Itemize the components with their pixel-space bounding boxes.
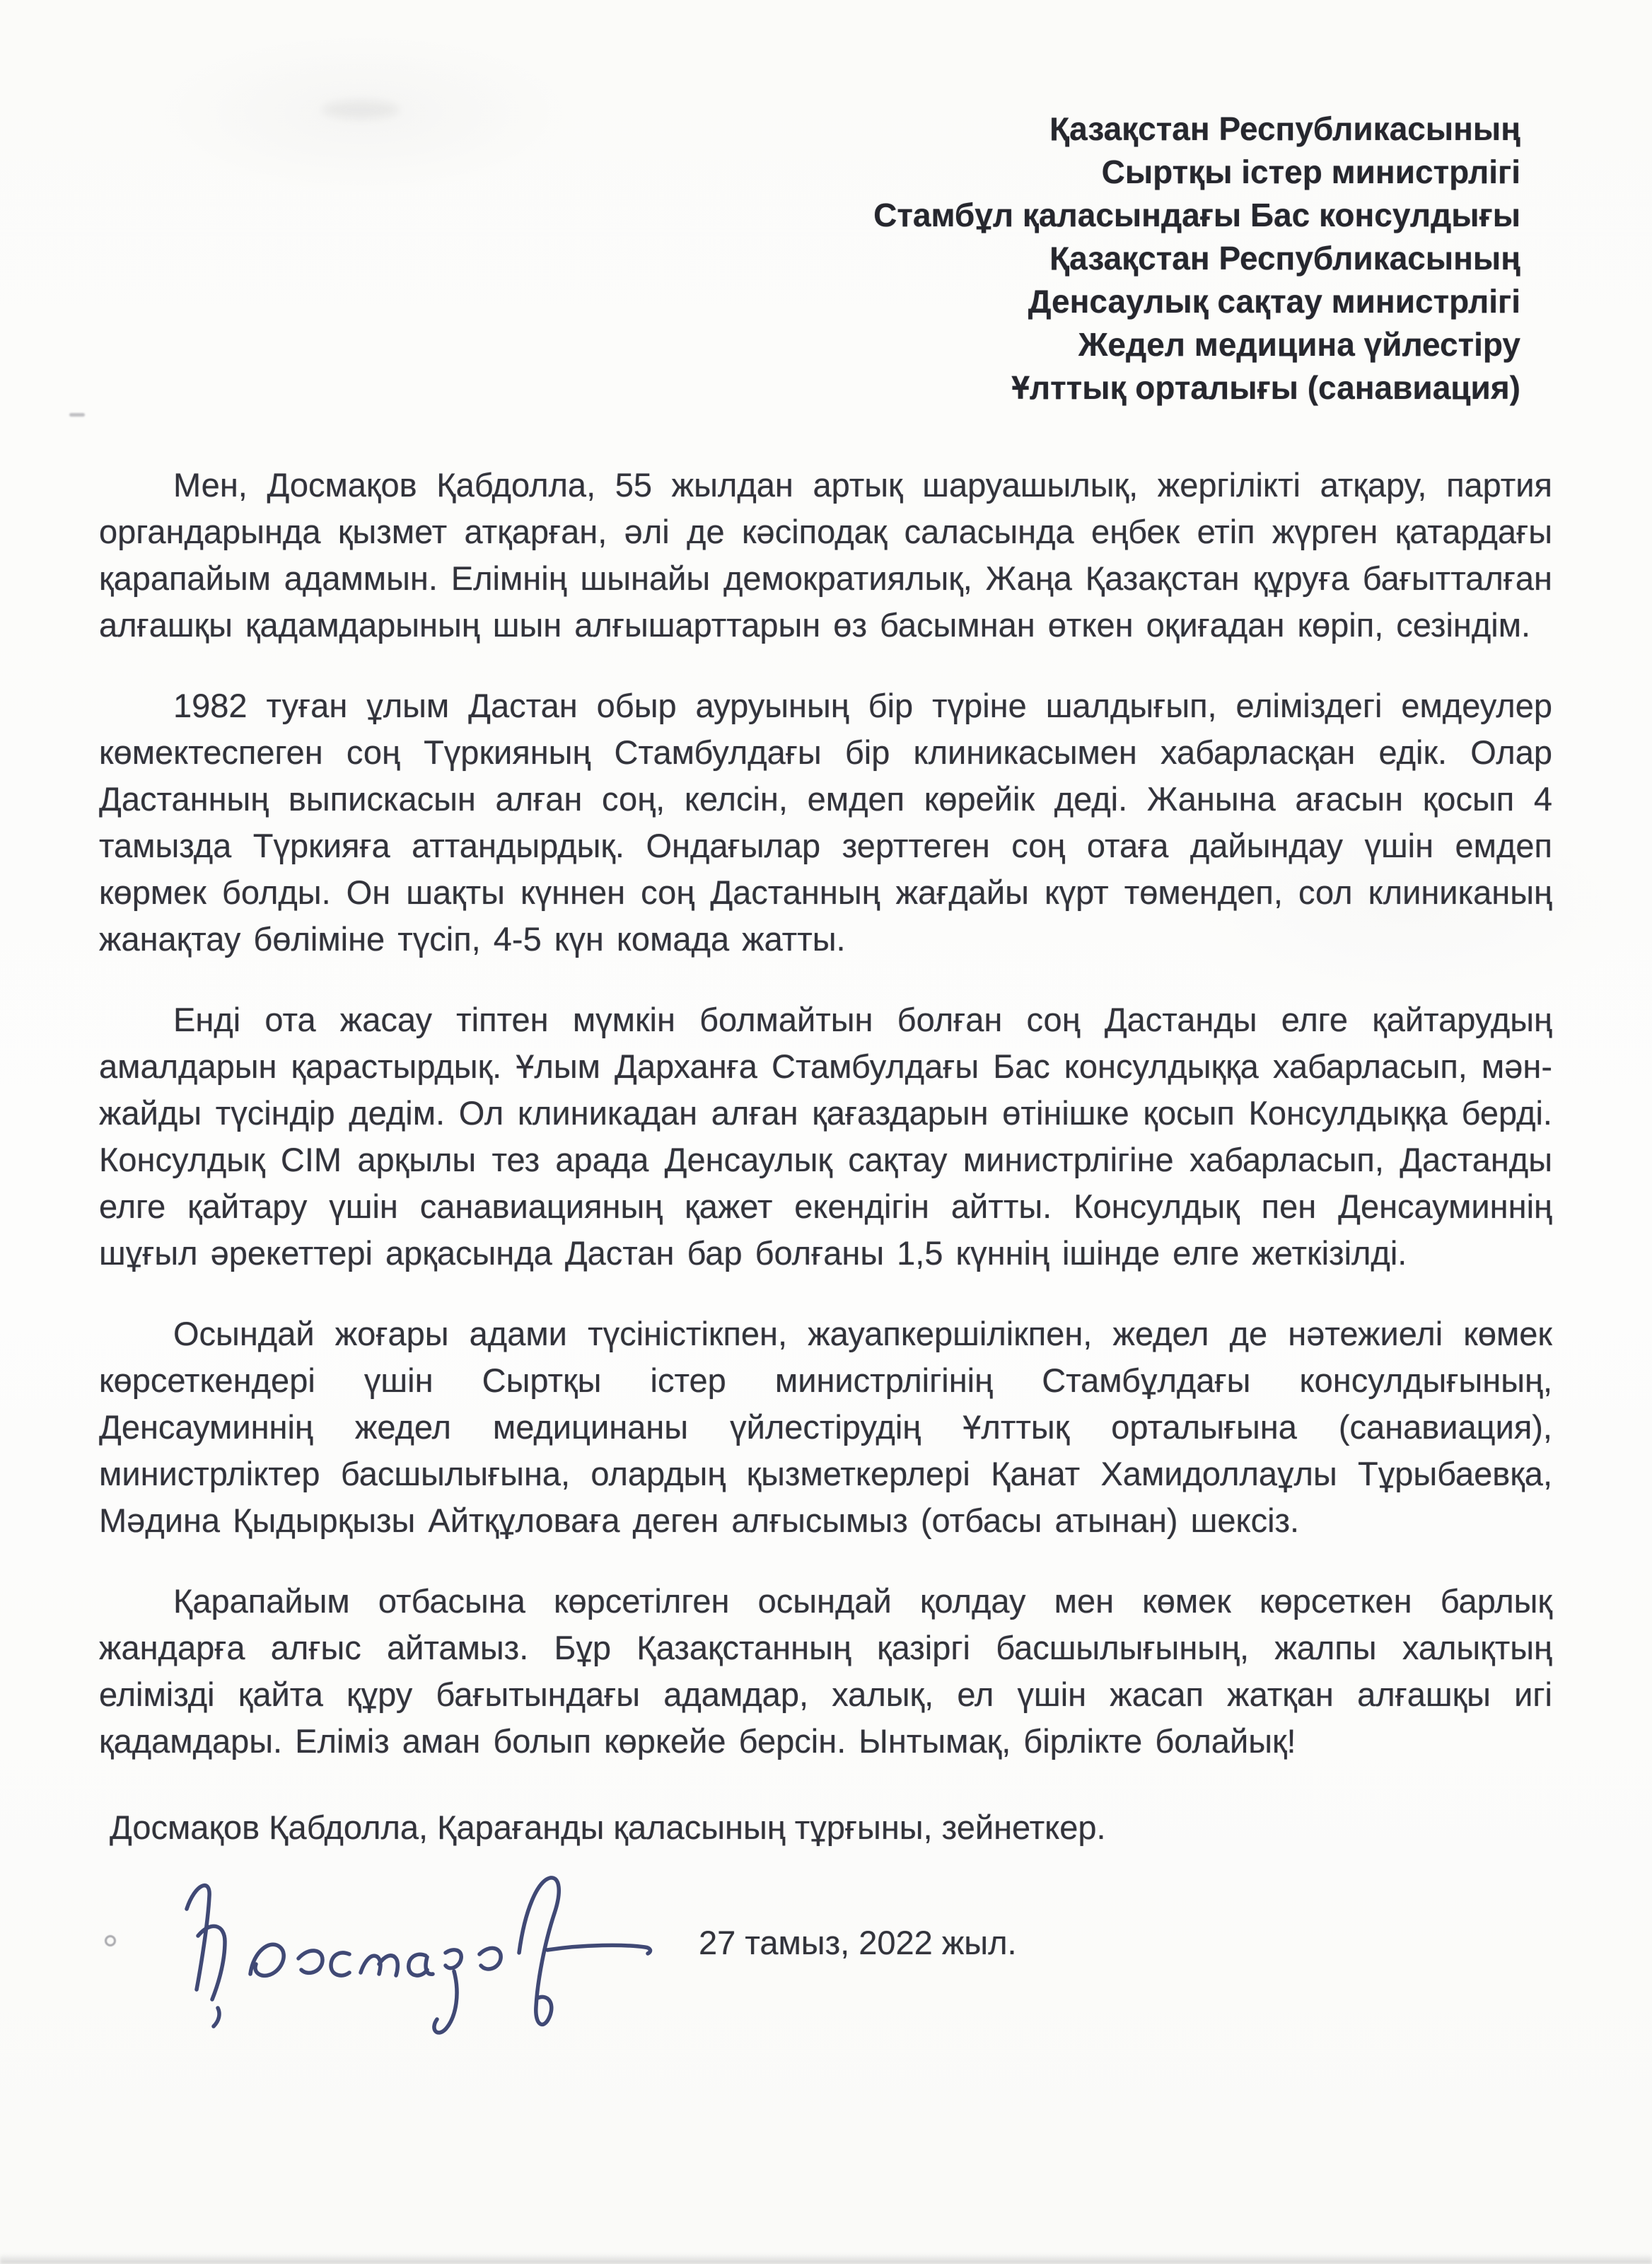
date-text: 27 тамыз, 2022 жыл.	[699, 1923, 1017, 1962]
scanned-letter-page: Қазақстан Республикасының Сыртқы істер м…	[0, 0, 1652, 2264]
signoff-line: Досмақов Қабдолла, Қарағанды қаласының т…	[110, 1806, 1552, 1850]
scan-artifact	[0, 2254, 1652, 2264]
letter-body: Мен, Досмақов Қабдолла, 55 жылдан артық …	[99, 462, 1552, 1765]
letterhead-line: Денсаулық сақтау министрлігі	[99, 280, 1520, 323]
letterhead-line: Жедел медицина үйлестіру	[99, 323, 1520, 366]
body-paragraph: Мен, Досмақов Қабдолла, 55 жылдан артық …	[99, 462, 1552, 649]
handwritten-signature	[160, 1868, 655, 2052]
letterhead: Қазақстан Республикасының Сыртқы істер м…	[99, 108, 1552, 410]
letterhead-line: Қазақстан Республикасының	[99, 108, 1520, 151]
letterhead-line: Сыртқы істер министрлігі	[99, 151, 1520, 194]
signature-block: 27 тамыз, 2022 жыл.	[160, 1868, 1552, 2066]
letterhead-line: Стамбұл қаласындағы Бас консулдығы	[99, 194, 1520, 237]
body-paragraph: Енді ота жасау тіптен мүмкін болмайтын б…	[99, 997, 1552, 1277]
scan-artifact	[105, 1935, 116, 1946]
body-paragraph: Осындай жоғары адами түсіністікпен, жауа…	[99, 1311, 1552, 1544]
body-paragraph: 1982 туған ұлым Дастан обыр ауруының бір…	[99, 683, 1552, 963]
letterhead-line: Ұлттық орталығы (санавиация)	[99, 366, 1520, 410]
letterhead-line: Қазақстан Республикасының	[99, 237, 1520, 280]
scan-artifact	[69, 413, 85, 417]
body-paragraph: Қарапайым отбасына көрсетілген осындай қ…	[99, 1578, 1552, 1765]
